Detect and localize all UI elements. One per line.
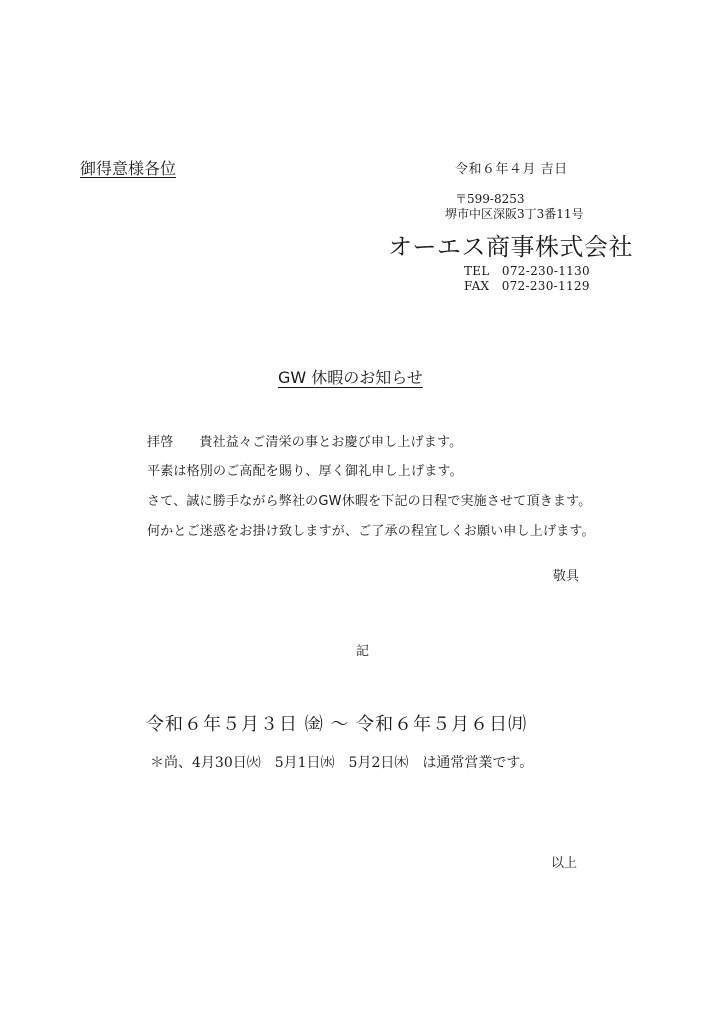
body-line-2: 平素は格別のご高配を賜り、厚く御礼申し上げます。 [147, 460, 463, 479]
issue-date: 令和６年４月 吉日 [455, 158, 568, 177]
recipient-heading: 御得意様各位 [80, 156, 176, 179]
company-name: オーエス商事株式会社 [388, 227, 633, 262]
ki-marker: 記 [356, 640, 369, 659]
company-address: 堺市中区深阪3丁3番11号 [445, 205, 584, 222]
closing-remark: 敬具 [553, 565, 579, 584]
end-marker: 以上 [551, 852, 577, 871]
business-days-note: ＊尚、4月30日㈫ 5月1日㈬ 5月2日㈭ は通常営業です。 [150, 752, 533, 772]
company-fax: FAX 072-230-1129 [464, 277, 590, 294]
body-line-4: 何かとご迷惑をお掛け致しますが、ご了承の程宜しくお願い申し上げます。 [147, 520, 595, 539]
holiday-period: 令和６年５月３日 ㈮ ～ 令和６年５月６日㈪ [146, 710, 527, 736]
greeting-opening: 拝啓 [147, 435, 173, 450]
notice-title: GW 休暇のお知らせ [278, 365, 423, 388]
body-text-1: 貴社益々ご清栄の事とお慶び申し上げます。 [199, 435, 462, 450]
body-line-1: 拝啓貴社益々ご清栄の事とお慶び申し上げます。 [147, 431, 462, 450]
body-line-3: さて、誠に勝手ながら弊社のGW休暇を下記の日程で実施させて頂きます。 [147, 490, 591, 509]
